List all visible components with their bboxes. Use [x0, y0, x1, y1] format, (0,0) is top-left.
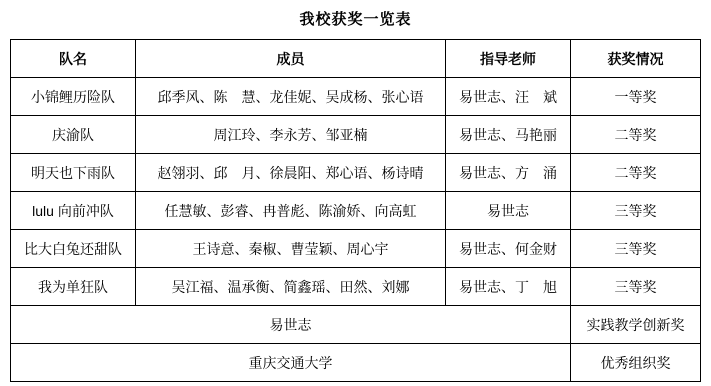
- team-cell: 明天也下雨队: [11, 154, 136, 192]
- award-cell: 实践教学创新奖: [571, 306, 701, 344]
- award-cell: 三等奖: [571, 268, 701, 306]
- column-header-advisors: 指导老师: [446, 40, 571, 78]
- column-header-award: 获奖情况: [571, 40, 701, 78]
- advisors-cell: 易世志、汪 斌: [446, 78, 571, 116]
- table-row: lulu 向前冲队 任慧敏、彭睿、冉普彪、陈渝娇、向高虹 易世志 三等奖: [11, 192, 701, 230]
- award-cell: 二等奖: [571, 154, 701, 192]
- award-cell: 三等奖: [571, 192, 701, 230]
- table-row: 我为单狂队 吴江福、温承衡、简鑫瑶、田然、刘娜 易世志、丁 旭 三等奖: [11, 268, 701, 306]
- table-header-row: 队名 成员 指导老师 获奖情况: [11, 40, 701, 78]
- award-cell: 一等奖: [571, 78, 701, 116]
- document-page: 我校获奖一览表 队名 成员 指导老师 获奖情况 小锦鲤历险队 邱季风、陈 慧、龙…: [0, 10, 711, 382]
- advisors-cell: 易世志、马艳丽: [446, 116, 571, 154]
- summary-row: 重庆交通大学 优秀组织奖: [11, 344, 701, 382]
- team-cell: 我为单狂队: [11, 268, 136, 306]
- award-cell: 优秀组织奖: [571, 344, 701, 382]
- summary-row: 易世志 实践教学创新奖: [11, 306, 701, 344]
- members-cell: 王诗意、秦椒、曹莹颖、周心宇: [136, 230, 446, 268]
- table-row: 小锦鲤历险队 邱季风、陈 慧、龙佳妮、吴成杨、张心语 易世志、汪 斌 一等奖: [11, 78, 701, 116]
- team-cell: 小锦鲤历险队: [11, 78, 136, 116]
- advisors-cell: 易世志、丁 旭: [446, 268, 571, 306]
- summary-recipient-cell: 重庆交通大学: [11, 344, 571, 382]
- table-row: 明天也下雨队 赵翎羽、邱 月、徐晨阳、郑心语、杨诗晴 易世志、方 涌 二等奖: [11, 154, 701, 192]
- members-cell: 周江玲、李永芳、邹亚楠: [136, 116, 446, 154]
- award-cell: 二等奖: [571, 116, 701, 154]
- column-header-team: 队名: [11, 40, 136, 78]
- awards-table: 队名 成员 指导老师 获奖情况 小锦鲤历险队 邱季风、陈 慧、龙佳妮、吴成杨、张…: [10, 39, 701, 382]
- advisors-cell: 易世志、方 涌: [446, 154, 571, 192]
- members-cell: 邱季风、陈 慧、龙佳妮、吴成杨、张心语: [136, 78, 446, 116]
- summary-recipient-cell: 易世志: [11, 306, 571, 344]
- page-title: 我校获奖一览表: [0, 10, 711, 30]
- members-cell: 任慧敏、彭睿、冉普彪、陈渝娇、向高虹: [136, 192, 446, 230]
- column-header-members: 成员: [136, 40, 446, 78]
- team-cell: lulu 向前冲队: [11, 192, 136, 230]
- members-cell: 吴江福、温承衡、简鑫瑶、田然、刘娜: [136, 268, 446, 306]
- team-cell: 比大白兔还甜队: [11, 230, 136, 268]
- advisors-cell: 易世志: [446, 192, 571, 230]
- members-cell: 赵翎羽、邱 月、徐晨阳、郑心语、杨诗晴: [136, 154, 446, 192]
- team-cell: 庆渝队: [11, 116, 136, 154]
- award-cell: 三等奖: [571, 230, 701, 268]
- table-row: 比大白兔还甜队 王诗意、秦椒、曹莹颖、周心宇 易世志、何金财 三等奖: [11, 230, 701, 268]
- advisors-cell: 易世志、何金财: [446, 230, 571, 268]
- table-row: 庆渝队 周江玲、李永芳、邹亚楠 易世志、马艳丽 二等奖: [11, 116, 701, 154]
